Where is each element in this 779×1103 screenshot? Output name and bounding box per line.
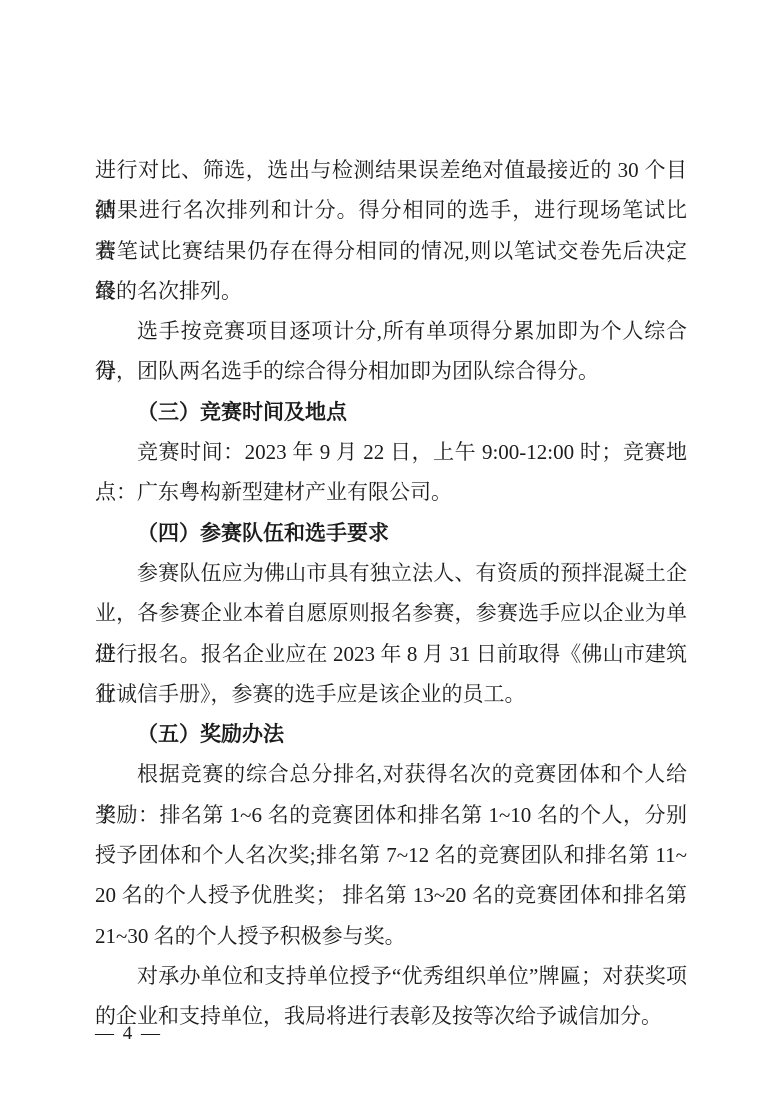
text-line: 业诚信手册》，参赛的选手应是该企业的员工。 [95,674,687,714]
text-line: 授予团体和个人名次奖;排名第 7~12 名的竞赛团队和排名第 11~ [95,835,687,875]
section-heading: （三）竞赛时间及地点 [95,392,687,432]
text-line: 奖励：排名第 1~6 名的竞赛团体和排名第 1~10 名的个人，分别 [95,795,687,835]
text-line: 分，团队两名选手的综合得分相加即为团队综合得分。 [95,351,687,391]
document-page: 进行对比、筛选，选出与检测结果误差绝对值最接近的 30 个目测结果进行名次排列和… [0,0,779,1103]
document-body: 进行对比、筛选，选出与检测结果误差绝对值最接近的 30 个目测结果进行名次排列和… [95,150,687,1037]
section-heading: （五）奖励办法 [95,714,687,754]
text-line: 21~30 名的个人授予积极参与奖。 [95,916,687,956]
text-line: 业，各参赛企业本着自愿原则报名参赛，参赛选手应以企业为单位 [95,593,687,633]
text-line: 根据竞赛的综合总分排名,对获得名次的竞赛团体和个人给予 [95,754,687,794]
text-line: 进行报名。报名企业应在 2023 年 8 月 31 日前取得《佛山市建筑行 [95,634,687,674]
page-number: — 4 — [95,1016,162,1052]
text-line: 点：广东粤构新型建材产业有限公司。 [95,472,687,512]
text-line: 参赛队伍应为佛山市具有独立法人、有资质的预拌混凝土企 [95,553,687,593]
section-heading: （四）参赛队伍和选手要求 [95,513,687,553]
text-line: 若笔试比赛结果仍存在得分相同的情况,则以笔试交卷先后决定最 [95,231,687,271]
text-line: 进行对比、筛选，选出与检测结果误差绝对值最接近的 30 个目测 [95,150,687,190]
text-line: 选手按竞赛项目逐项计分,所有单项得分累加即为个人综合得 [95,311,687,351]
text-line: 对承办单位和支持单位授予“优秀组织单位”牌匾；对获奖项 [95,956,687,996]
text-line: 终的名次排列。 [95,271,687,311]
text-line: 的企业和支持单位，我局将进行表彰及按等次给予诚信加分。 [95,996,687,1036]
text-line: 20 名的个人授予优胜奖； 排名第 13~20 名的竞赛团体和排名第 [95,875,687,915]
text-line: 结果进行名次排列和计分。得分相同的选手，进行现场笔试比赛， [95,190,687,230]
text-line: 竞赛时间：2023 年 9 月 22 日，上午 9:00-12:00 时；竞赛地 [95,432,687,472]
